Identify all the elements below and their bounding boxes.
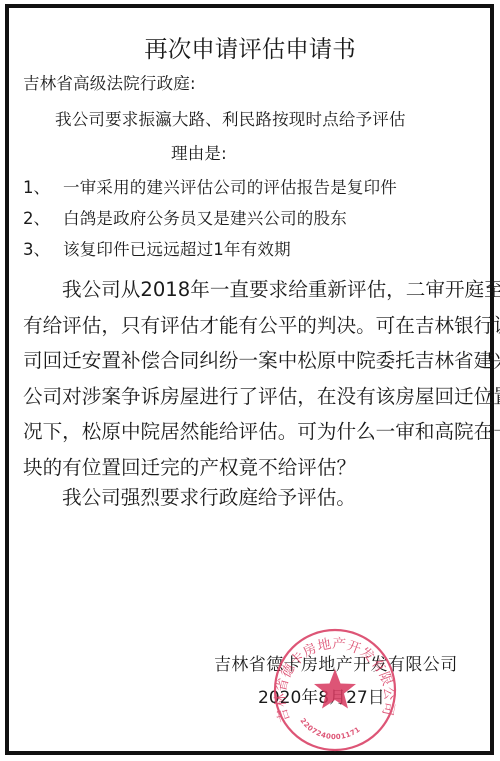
addressee: 吉林省高级法院行政庭:	[23, 76, 196, 93]
paragraph-line: 我公司强烈要求行政庭给予评估。	[23, 480, 479, 516]
reason-text: 一审采用的建兴评估公司的评估报告是复印件	[63, 180, 397, 197]
reason-number: 2、	[23, 211, 50, 228]
body-paragraph-1: 我公司从2018年一直要求给重新评估，二审开庭至今也没 有给评估，只有评估才能有…	[23, 272, 479, 486]
paragraph-line: 有给评估，只有评估才能有公平的判决。可在吉林银行诉我公	[23, 308, 479, 344]
reasons-label: 理由是:	[171, 146, 227, 163]
request-statement: 我公司要求振瀛大路、利民路按现时点给予评估	[55, 112, 406, 129]
reason-text: 白鸽是政府公务员又是建兴公司的股东	[63, 211, 347, 228]
paragraph-line: 况下，松原中院居然能给评估。可为什么一审和高院在一个区	[23, 414, 479, 450]
paragraph-line: 公司对涉案争诉房屋进行了评估，在没有该房屋回迁位置的情	[23, 379, 479, 415]
signature-company: 吉林省德卡房地产开发有限公司	[214, 657, 458, 674]
reason-number: 3、	[23, 242, 50, 259]
body-paragraph-2: 我公司强烈要求行政庭给予评估。	[23, 480, 479, 516]
reason-text: 该复印件已远远超过1年有效期	[63, 242, 291, 259]
document-title: 再次申请评估申请书	[0, 38, 500, 62]
paragraph-line: 我公司从2018年一直要求给重新评估，二审开庭至今也没	[23, 272, 479, 308]
signature-date: 2020年8月27日	[258, 690, 385, 707]
paragraph-line: 司回迁安置补偿合同纠纷一案中松原中院委托吉林省建兴评估	[23, 343, 479, 379]
reason-number: 1、	[23, 180, 50, 197]
